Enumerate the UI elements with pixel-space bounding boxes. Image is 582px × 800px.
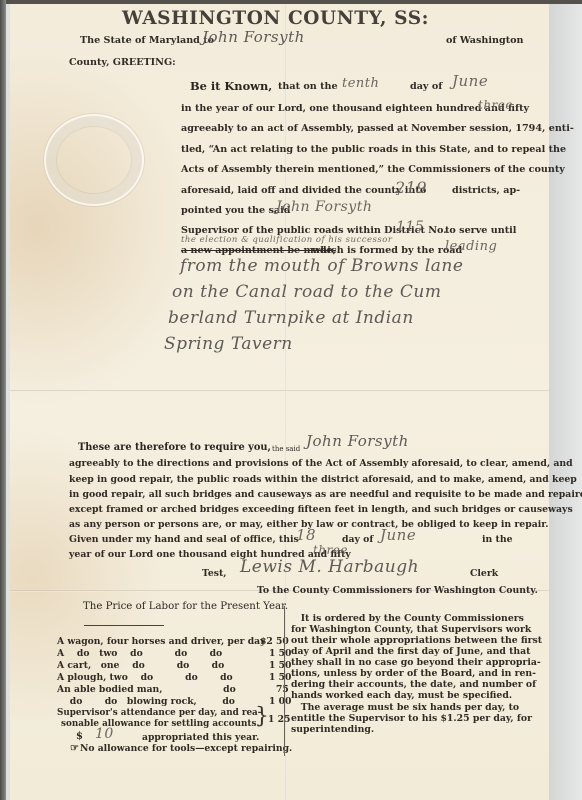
page-title: WASHINGTON COUNTY, SS: bbox=[122, 8, 429, 29]
no-allowance-note: ☞No allowance for tools—except repairing… bbox=[70, 743, 292, 754]
labor-price: 1 50 bbox=[269, 648, 291, 659]
notice-line: for Washington County, that Supervisors … bbox=[291, 625, 531, 634]
requirement-text: in good repair, all such bridges and cau… bbox=[69, 490, 582, 499]
test-label: Test, bbox=[202, 569, 227, 578]
handwritten-leading: leading bbox=[445, 239, 497, 254]
handwritten-road-line: from the mouth of Browns lane bbox=[180, 256, 463, 276]
notice-line: entitle the Supervisor to his $1.25 per … bbox=[291, 714, 532, 723]
require-lead: These are therefore to require you, bbox=[78, 442, 271, 453]
handwritten-road-line: on the Canal road to the Cum bbox=[172, 282, 441, 302]
appointment-text: Acts of Assembly therein mentioned,” the… bbox=[181, 165, 565, 175]
handwritten-year: three bbox=[313, 543, 348, 557]
labor-item: Supervisor's attendance per day, and rea… bbox=[57, 708, 261, 718]
header-line1-suffix: of Washington bbox=[446, 36, 524, 46]
handwritten-name: John Forsyth bbox=[202, 28, 305, 46]
handwritten-name: John Forsyth bbox=[276, 199, 372, 215]
handwritten-appropriation: 10 bbox=[95, 726, 114, 742]
handwritten-month: June bbox=[452, 72, 488, 90]
notice-line: day of April and the first day of June, … bbox=[291, 647, 530, 656]
appointment-text: that on the bbox=[278, 82, 338, 92]
appointment-text: which is formed by the road bbox=[312, 246, 462, 256]
labor-item: A cart, one do do do bbox=[57, 660, 224, 671]
notice-line: they shall in no case go beyond their ap… bbox=[291, 658, 541, 667]
notice-line: dering their accounts, the date, and num… bbox=[291, 680, 536, 689]
notice-line: out their whole appropriations between t… bbox=[291, 636, 542, 645]
labor-item: An able bodied man, do bbox=[57, 684, 236, 695]
fold-line bbox=[10, 390, 549, 392]
supervisor-price: 1 25 bbox=[268, 714, 290, 725]
notice-line: It is ordered by the County Commissioner… bbox=[291, 614, 524, 623]
requirement-text: agreeably to the directions and provisio… bbox=[69, 459, 573, 468]
requirement-text: the said bbox=[272, 445, 300, 453]
scan-left-edge bbox=[0, 0, 6, 800]
appointment-text: districts, ap- bbox=[452, 186, 520, 196]
labor-price: 1 50 bbox=[269, 660, 291, 671]
dollar-symbol: $ bbox=[76, 731, 83, 742]
requirement-text: keep in good repair, the public roads wi… bbox=[69, 475, 577, 484]
notice-line: hands worked each day, must be specified… bbox=[291, 691, 512, 700]
appointment-text: to serve until bbox=[445, 226, 516, 236]
labor-price: 1 50 bbox=[269, 672, 291, 683]
embossed-seal-icon bbox=[44, 114, 144, 206]
notice-line: tions, unless by order of the Board, and… bbox=[291, 669, 536, 678]
handwritten-month: June bbox=[380, 526, 416, 544]
labor-item: do do blowing rock, do bbox=[57, 696, 235, 707]
handwritten-year: three bbox=[478, 98, 513, 112]
no-allowance-text: No allowance for tools—except repairing. bbox=[80, 743, 292, 754]
appointment-text: day of bbox=[410, 82, 442, 92]
handwritten-interline: the election & qualification of his succ… bbox=[181, 235, 392, 245]
handwritten-road-line: Spring Tavern bbox=[164, 334, 293, 354]
handwritten-district-number: 115 bbox=[396, 219, 424, 235]
handwritten-name: John Forsyth bbox=[306, 432, 409, 450]
labor-item: A plough, two do do do bbox=[57, 672, 233, 683]
divider bbox=[84, 625, 164, 626]
addressee-line: To the County Commissioners for Washingt… bbox=[257, 586, 538, 595]
requirement-text: Given under my hand and seal of office, … bbox=[69, 535, 299, 544]
appointment-text: pointed you the said bbox=[181, 206, 290, 216]
handwritten-day: 18 bbox=[296, 526, 316, 544]
labor-item: A do two do do do bbox=[57, 648, 222, 659]
appointment-text: in the year of our Lord, one thousand ei… bbox=[181, 104, 529, 114]
handwritten-day: tenth bbox=[342, 76, 379, 91]
handwritten-districts: 219 bbox=[395, 178, 427, 197]
requirement-text: except framed or arched bridges exceedin… bbox=[69, 505, 573, 514]
labor-price: 1 00 bbox=[269, 696, 291, 707]
labor-table-title: The Price of Labor for the Present Year. bbox=[83, 601, 288, 612]
clerk-signature: Lewis M. Harbaugh bbox=[240, 557, 419, 577]
appropriated-text: appropriated this year. bbox=[142, 732, 259, 743]
handwritten-road-line: berland Turnpike at Indian bbox=[168, 308, 414, 328]
pointing-hand-icon: ☞ bbox=[70, 743, 79, 754]
requirement-text: in the bbox=[482, 535, 513, 544]
appointment-text: tled, “An act relating to the public roa… bbox=[181, 145, 566, 155]
clerk-label: Clerk bbox=[470, 569, 498, 578]
brace-icon: } bbox=[255, 706, 269, 728]
be-it-known-lead: Be it Known, bbox=[190, 79, 272, 93]
appointment-text: agreeably to an act of Assembly, passed … bbox=[181, 124, 574, 134]
header-line1-prefix: The State of Maryland to bbox=[80, 36, 214, 46]
labor-item: sonable allowance for settling accounts. bbox=[61, 719, 259, 729]
labor-item: A wagon, four horses and driver, per day bbox=[57, 636, 265, 647]
column-divider bbox=[284, 606, 287, 756]
notice-line: superintending. bbox=[291, 725, 374, 734]
notice-line: The average must be six hands per day, t… bbox=[291, 703, 519, 712]
greeting: County, GREETING: bbox=[69, 58, 176, 68]
appointment-text: aforesaid, laid off and divided the coun… bbox=[181, 186, 426, 196]
